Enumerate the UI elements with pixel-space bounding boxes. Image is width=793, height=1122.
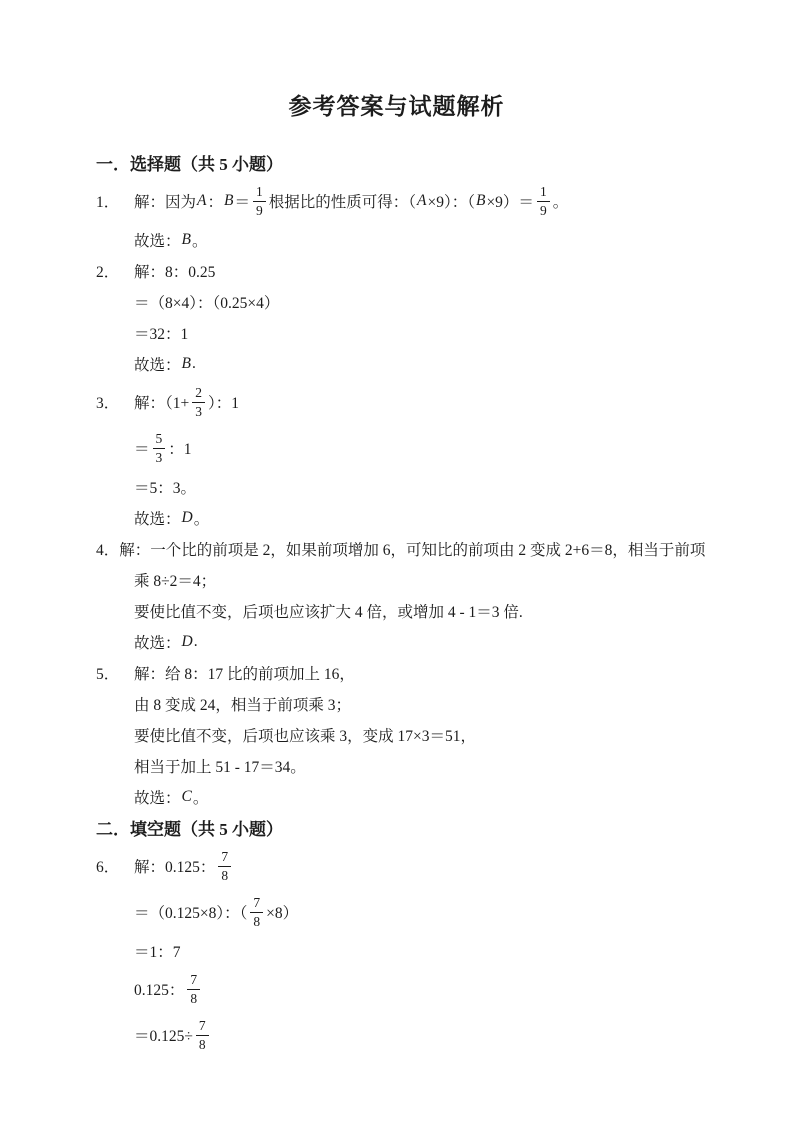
text-run: . [194,633,198,651]
fraction-numerator: 5 [153,431,166,449]
section-heading: 一．选择题（共 5 小题） [96,147,697,178]
answer-line: ＝（8×4）：（0.25×4） [96,286,697,317]
fraction: 53 [153,431,166,465]
text-run: ＝1：7 [134,940,181,962]
answer-line: ＝32：1 [96,317,697,348]
math-variable: B [181,355,192,373]
fraction-denominator: 9 [540,202,547,219]
fraction: 19 [537,184,550,218]
fraction-numerator: 7 [250,895,263,913]
fraction-denominator: 8 [253,913,260,930]
text-run: 根据比的性质可得：（ [269,190,416,212]
text-run: ：1 [168,437,191,459]
text-run: 。 [192,229,208,251]
math-variable: B [223,192,234,210]
text-run: ×9）：（ [427,190,475,212]
fraction-denominator: 3 [156,449,163,466]
text-run: 故选： [134,786,181,808]
fraction: 19 [253,184,266,218]
fraction-denominator: 8 [199,1036,206,1053]
document-body: 一．选择题（共 5 小题）1．解：因为 A：B＝19根据比的性质可得：（A×9）… [96,147,697,1058]
answer-line: 6．解：0.125：78 [96,843,697,889]
text-run: 要使比值不变，后项也应该乘 3，变成 17×3＝51， [134,724,476,746]
answer-line: 要使比值不变，后项也应该乘 3，变成 17×3＝51， [96,719,697,750]
answer-line: ＝（0.125×8）：（78×8） [96,889,697,935]
text-run: ＝5：3。 [134,476,196,498]
fraction-numerator: 7 [187,972,200,990]
text-run: 解：8：0.25 [134,260,215,282]
text-run: 解：给 8：17 比的前项加上 16， [134,662,355,684]
item-number: 1． [96,190,134,212]
math-variable: C [181,788,193,806]
answer-line: 故选：C。 [96,781,697,812]
answer-line: 5．解：给 8：17 比的前项加上 16， [96,657,697,688]
text-run: 解：（1+ [134,391,189,413]
math-variable: A [196,192,207,210]
text-run: ＝0.125÷ [134,1024,193,1046]
fraction-numerator: 2 [192,385,205,403]
fraction: 78 [187,972,200,1006]
answer-line: ＝0.125÷78 [96,1012,697,1058]
item-number: 3． [96,391,134,413]
text-run: 故选： [134,353,181,375]
text-run: 要使比值不变，后项也应该扩大 4 倍，或增加 4 - 1＝3 倍. [134,600,523,622]
text-run: 0.125： [134,978,184,1000]
text-run: ＝ [134,437,150,459]
text-run: 故选： [134,229,181,251]
math-variable: B [181,231,192,249]
fraction: 78 [218,849,231,883]
answer-line: 2．解：8：0.25 [96,255,697,286]
text-run: 乘 8÷2＝4； [134,569,216,591]
text-run: ： [207,190,223,212]
text-run: 。 [553,190,569,212]
answer-line: 故选：D。 [96,502,697,533]
answer-line: 由 8 变成 24，相当于前项乘 3； [96,688,697,719]
fraction-denominator: 9 [256,202,263,219]
item-number: 6． [96,855,134,877]
math-variable: A [416,192,427,210]
page-title: 参考答案与试题解析 [96,88,697,121]
answer-line: 1．解：因为 A：B＝19根据比的性质可得：（A×9）：（B×9）＝19。 [96,178,697,224]
answer-line: ＝5：3。 [96,471,697,502]
text-run: 故选： [134,507,181,529]
answer-line: 要使比值不变，后项也应该扩大 4 倍，或增加 4 - 1＝3 倍. [96,595,697,626]
answer-line: 故选：D. [96,626,697,657]
text-run: 相当于加上 51 - 17＝34。 [134,755,306,777]
math-variable: D [181,509,194,527]
fraction-denominator: 3 [195,403,202,420]
text-run: ＝ [234,190,250,212]
fraction: 23 [192,385,205,419]
answer-line: 乘 8÷2＝4； [96,564,697,595]
answer-line: ＝53：1 [96,425,697,471]
text-run: ＝32：1 [134,322,188,344]
fraction: 78 [250,895,263,929]
answer-line: 故选：B. [96,348,697,379]
item-number: 4． [96,538,119,560]
text-run: ×9）＝ [486,190,534,212]
math-variable: B [475,192,486,210]
section-heading: 二．填空题（共 5 小题） [96,812,697,843]
text-run: . [192,355,196,373]
fraction: 78 [196,1018,209,1052]
answer-line: ＝1：7 [96,935,697,966]
text-run: 。 [194,507,210,529]
text-run: ）：1 [208,391,239,413]
document-page: 参考答案与试题解析 一．选择题（共 5 小题）1．解：因为 A：B＝19根据比的… [0,0,793,1122]
fraction-numerator: 1 [253,184,266,202]
fraction-numerator: 7 [196,1018,209,1036]
answer-line: 故选：B。 [96,224,697,255]
answer-line: 3．解：（1+23）：1 [96,379,697,425]
text-run: 。 [193,786,209,808]
text-run: 故选： [134,631,181,653]
answer-line: 相当于加上 51 - 17＝34。 [96,750,697,781]
fraction-denominator: 8 [221,867,228,884]
text-run: 解：因为 [134,190,196,212]
answer-line: 0.125：78 [96,966,697,1012]
text-run: 由 8 变成 24，相当于前项乘 3； [134,693,351,715]
text-run: 解：0.125： [134,855,215,877]
text-run: ＝（8×4）：（0.25×4） [134,291,279,313]
fraction-denominator: 8 [190,990,197,1007]
answer-line: 4．解：一个比的前项是 2，如果前项增加 6，可知比的前项由 2 变成 2+6＝… [96,533,697,564]
item-number: 2． [96,260,134,282]
fraction-numerator: 1 [537,184,550,202]
document-content: 参考答案与试题解析 一．选择题（共 5 小题）1．解：因为 A：B＝19根据比的… [0,0,793,1058]
text-run: ×8） [266,901,298,923]
text-run: ＝（0.125×8）：（ [134,901,247,923]
math-variable: D [181,633,194,651]
text-run: 解：一个比的前项是 2，如果前项增加 6，可知比的前项由 2 变成 2+6＝8，… [119,538,705,560]
item-number: 5． [96,662,134,684]
fraction-numerator: 7 [218,849,231,867]
